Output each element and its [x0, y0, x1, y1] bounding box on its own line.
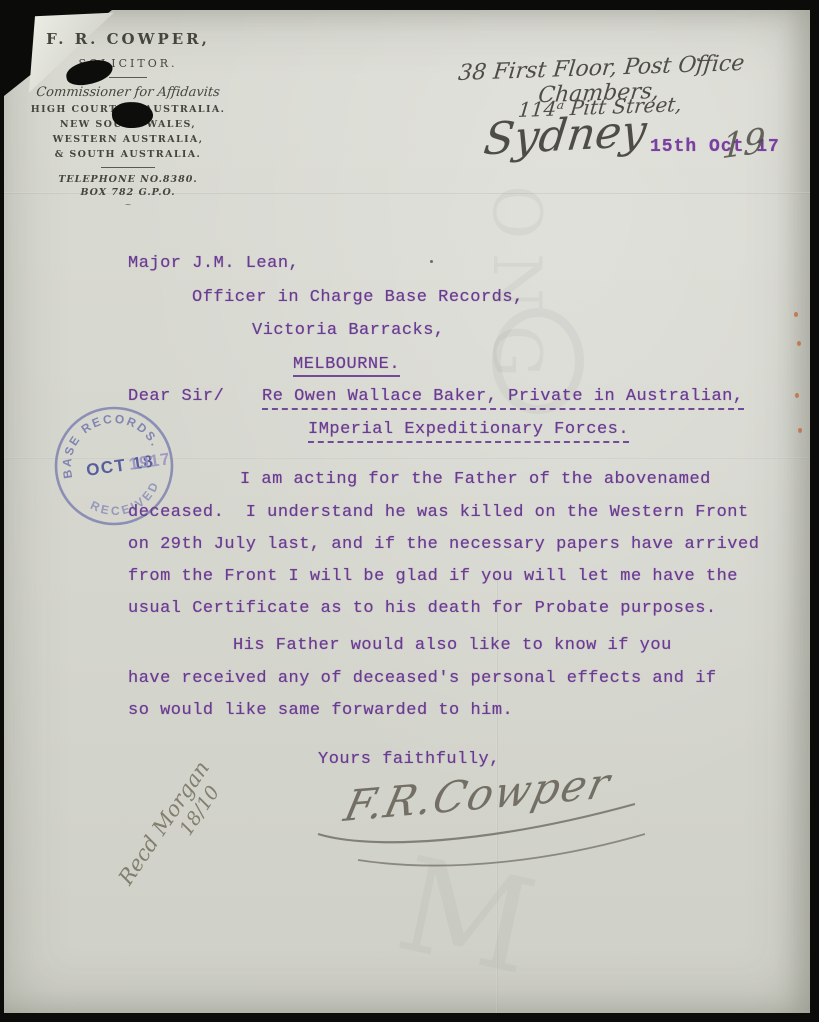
bleedthrough-ring	[492, 308, 584, 414]
recipient-address: Victoria Barracks,	[252, 321, 445, 340]
body-line: from the Front I will be glad if you wil…	[128, 567, 738, 586]
ink-speck	[697, 58, 700, 61]
edge-mark	[795, 393, 799, 398]
body-line: His Father would also like to know if yo…	[233, 636, 672, 655]
solicitor-name: F. R. COWPER,	[28, 30, 228, 48]
pobox-line: BOX 782 G.P.O.	[28, 187, 228, 198]
stamp-date-year: 1917	[128, 449, 172, 474]
court-line: & SOUTH AUSTRALIA.	[28, 149, 228, 160]
body-line: deceased. I understand he was killed on …	[128, 503, 749, 522]
city-script: Sydney	[481, 106, 649, 166]
recipient-title: Officer in Charge Base Records,	[192, 288, 524, 307]
recipient-name: Major J.M. Lean,	[128, 254, 299, 273]
body-line: I am acting for the Father of the aboven…	[240, 470, 711, 489]
edge-mark	[794, 312, 798, 317]
solicitor-title: SOLICITOR.	[28, 57, 228, 70]
body-line: usual Certificate as to his death for Pr…	[128, 599, 717, 618]
body-line: so would like same forwarded to him.	[128, 701, 513, 720]
rule-divider	[101, 167, 155, 168]
edge-mark	[798, 428, 802, 433]
subject-line-2: IMperial Expeditionary Forces.	[308, 420, 629, 443]
commissioner-line: Commissioner for Affidavits	[27, 85, 229, 100]
recipient-city: MELBOURNE.	[293, 355, 400, 377]
rule-divider	[109, 77, 147, 78]
ink-speck	[430, 260, 433, 263]
scanned-letter: F. R. COWPER, SOLICITOR. Commissioner fo…	[0, 0, 819, 1022]
body-line: have received any of deceased's personal…	[128, 669, 717, 688]
printed-year: 19	[721, 121, 767, 168]
edge-mark	[797, 341, 801, 346]
body-line: on 29th July last, and if the necessary …	[128, 535, 759, 554]
court-line: WESTERN AUSTRALIA,	[28, 134, 228, 145]
signature-block: F.R.Cowper	[300, 762, 680, 872]
ornament-flourish: ~	[28, 200, 228, 211]
telephone-line: TELEPHONE NO.8380.	[28, 174, 228, 185]
